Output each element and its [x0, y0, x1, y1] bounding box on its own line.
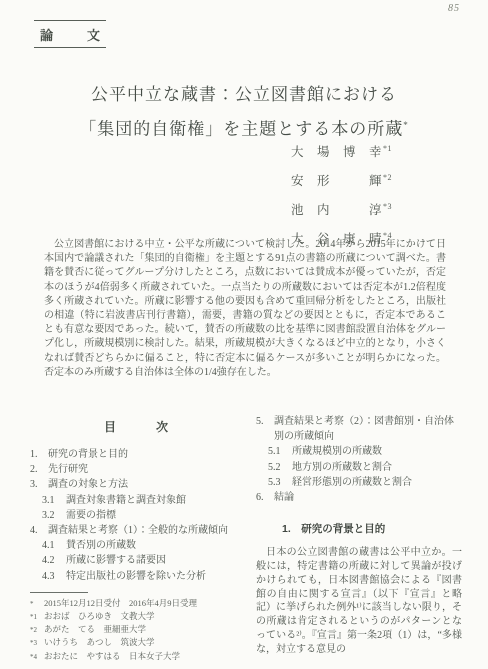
toc-item: 6. 結論 — [256, 490, 462, 505]
footnote-text: 2015年12月12日受付 2016年4月9日受理 — [44, 597, 236, 610]
article-type-label: 論 文 — [34, 20, 106, 48]
toc-item: 5.1 所蔵規模別の所蔵数 — [256, 444, 462, 459]
toc-item-number: 5.2 — [268, 460, 292, 475]
footnote-text: おおば ひろゆき 文教大学 — [44, 610, 236, 623]
footnote-row: *1 おおば ひろゆき 文教大学 — [30, 610, 236, 623]
toc-item-label: 地方別の所蔵数と割合 — [292, 460, 462, 475]
toc-item: 4.3 特定出版社の影響を除いた分析 — [30, 569, 242, 584]
section-1-heading: 1. 研究の背景と目的 — [256, 521, 462, 536]
toc-item: 5.2 地方別の所蔵数と割合 — [256, 460, 462, 475]
footnote-row: *3 いけうち あつし 筑波大学 — [30, 636, 236, 649]
author-note-mark: *3 — [383, 202, 392, 211]
toc-item-number: 3.1 — [42, 493, 66, 508]
toc-item-label: 所蔵規模別の所蔵数 — [292, 444, 462, 459]
footnote-row: *4 おおたに やすはる 日本女子大学 — [30, 650, 236, 663]
author-name: 池 内 淳 — [291, 203, 382, 217]
toc-heading: 目 次 — [104, 418, 168, 435]
toc-item: 4.1 賛否別の所蔵数 — [30, 538, 242, 553]
author-row: 池 内 淳*3 — [291, 194, 392, 223]
section-1-body: 日本の公立図書館の蔵書は公平中立か。一般には，特定書籍の所蔵に対して異論が投げか… — [256, 546, 462, 656]
toc-right-continued: 5. 調査結果と考察（2）：図書館別・自治体別の所蔵傾向 5.1 所蔵規模別の所… — [256, 414, 462, 505]
right-column: 5. 調査結果と考察（2）：図書館別・自治体別の所蔵傾向 5.1 所蔵規模別の所… — [256, 412, 462, 665]
toc-item-number: 5.1 — [268, 444, 292, 459]
toc-item-label: 経営形態別の所蔵数と割合 — [292, 475, 462, 490]
title-note-mark: * — [403, 120, 409, 130]
author-list: 大 場 博 幸*1 安 形 輝*2 池 内 淳*3 大 谷 康 晴*4 — [291, 136, 392, 253]
toc-item-number: 5. — [256, 414, 274, 444]
toc-item: 4. 調査結果と考察（1）：全般的な所蔵傾向 — [30, 523, 242, 538]
footnote-row: * 2015年12月12日受付 2016年4月9日受理 — [30, 597, 236, 610]
toc-item-number: 3. — [30, 477, 48, 492]
toc-item: 5.3 経営形態別の所蔵数と割合 — [256, 475, 462, 490]
footnote-text: あがた てる 亜細亜大学 — [44, 623, 236, 636]
toc-item-number: 4.2 — [42, 553, 66, 568]
paper-title: 公平中立な蔵書：公立図書館における 「集団的自衛権」を主題とする本の所蔵* — [0, 80, 488, 145]
toc-item: 5. 調査結果と考察（2）：図書館別・自治体別の所蔵傾向 — [256, 414, 462, 444]
toc-item-label: 研究の背景と目的 — [48, 447, 242, 462]
toc-item-number: 4. — [30, 523, 48, 538]
toc-item-number: 2. — [30, 462, 48, 477]
footnote-text: いけうち あつし 筑波大学 — [44, 636, 236, 649]
toc-item-label: 調査対象書籍と調査対象館 — [66, 493, 242, 508]
toc-item: 4.2 所蔵に影響する諸要因 — [30, 553, 242, 568]
toc-item: 1. 研究の背景と目的 — [30, 447, 242, 462]
footnote-block: * 2015年12月12日受付 2016年4月9日受理 *1 おおば ひろゆき … — [30, 592, 236, 663]
two-column-area: 目 次 1. 研究の背景と目的 2. 先行研究 3. 調査の対象と方法 3.1 … — [30, 412, 462, 665]
toc-item-label: 調査の対象と方法 — [48, 477, 242, 492]
author-note-mark: *2 — [383, 173, 392, 182]
toc-item-number: 4.1 — [42, 538, 66, 553]
footnote-marker: *2 — [30, 623, 44, 636]
toc-item-label: 特定出版社の影響を除いた分析 — [66, 569, 242, 584]
page-number: 85 — [448, 3, 460, 14]
author-row: 安 形 輝*2 — [291, 165, 392, 194]
toc-item-label: 需要の指標 — [66, 508, 242, 523]
toc-item: 2. 先行研究 — [30, 462, 242, 477]
paper-title-line1: 公平中立な蔵書：公立図書館における — [91, 85, 397, 104]
toc-item-label: 賛否別の所蔵数 — [66, 538, 242, 553]
author-name: 大 場 博 幸 — [291, 145, 382, 159]
footnote-marker: * — [30, 597, 44, 610]
toc-item: 3.1 調査対象書籍と調査対象館 — [30, 493, 242, 508]
toc-item-number: 3.2 — [42, 508, 66, 523]
toc-item: 3.2 需要の指標 — [30, 508, 242, 523]
toc-item-number: 6. — [256, 490, 274, 505]
paper-page: 85 論 文 公平中立な蔵書：公立図書館における 「集団的自衛権」を主題とする本… — [0, 0, 488, 669]
toc-item-label: 調査結果と考察（2）：図書館別・自治体別の所蔵傾向 — [274, 414, 462, 444]
toc-item-label: 調査結果と考察（1）：全般的な所蔵傾向 — [48, 523, 242, 538]
author-note-mark: *1 — [383, 144, 392, 153]
footnote-marker: *3 — [30, 636, 44, 649]
author-row: 大 場 博 幸*1 — [291, 136, 392, 165]
footnote-marker: *4 — [30, 650, 44, 663]
toc-item-label: 所蔵に影響する諸要因 — [66, 553, 242, 568]
toc-item: 3. 調査の対象と方法 — [30, 477, 242, 492]
footnote-row: *2 あがた てる 亜細亜大学 — [30, 623, 236, 636]
toc-item-label: 先行研究 — [48, 462, 242, 477]
footnote-marker: *1 — [30, 610, 44, 623]
toc-item-label: 結論 — [274, 490, 462, 505]
footnote-rule — [30, 592, 88, 593]
toc-item-number: 4.3 — [42, 569, 66, 584]
footnote-text: おおたに やすはる 日本女子大学 — [44, 650, 236, 663]
toc-item-number: 5.3 — [268, 475, 292, 490]
left-column: 目 次 1. 研究の背景と目的 2. 先行研究 3. 調査の対象と方法 3.1 … — [30, 412, 242, 665]
toc-item-number: 1. — [30, 447, 48, 462]
author-name: 安 形 輝 — [291, 174, 382, 188]
abstract-text: 公立図書館における中立・公平な所蔵について検討した。2014年から2015年にか… — [44, 238, 446, 380]
